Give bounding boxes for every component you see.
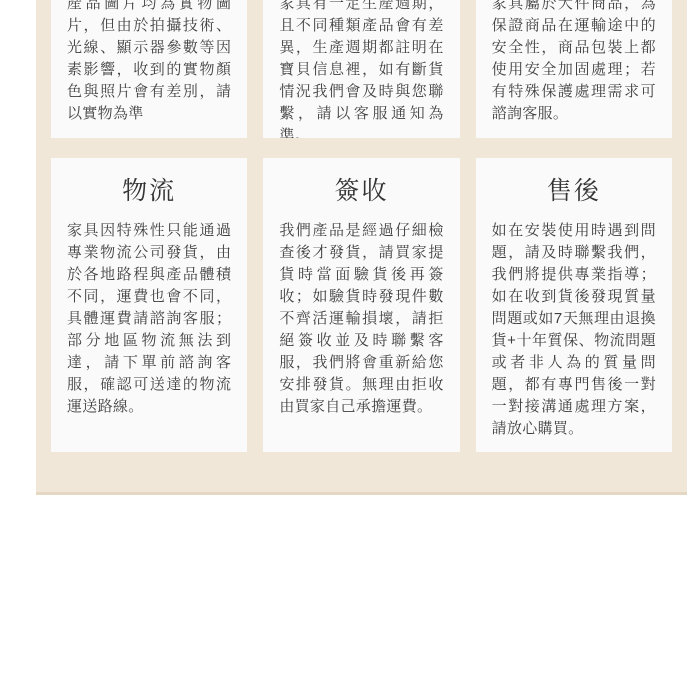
info-card-packaging-notice: 家具屬於大件商品，為保證商品在運輸途中的安全性，商品包裝上都使用安全加固處理；若… (476, 0, 672, 138)
info-card-product-image-notice: 產品圖片均為實物圖片，但由於拍攝技術、光線、顯示器參數等因素影響，收到的實物顏色… (51, 0, 247, 138)
service-info-panel: 產品圖片均為實物圖片，但由於拍攝技術、光線、顯示器參數等因素影響，收到的實物顏色… (36, 0, 687, 495)
info-card-delivery-acceptance: 簽收 我們產品是經過仔細檢查後才發貨，請買家提貨時當面驗貨後再簽收；如驗貨時發現… (263, 158, 459, 452)
card-title: 物流 (51, 174, 247, 208)
page-bottom-whitespace (0, 495, 700, 700)
info-card-logistics: 物流 家具因特殊性只能通過專業物流公司發貨，由於各地路程與產品體積不同，運費也會… (51, 158, 247, 452)
card-body-text: 如在安裝使用時遇到問題，請及時聯繫我們，我們將提供專業指導；如在收到貨後發現質量… (476, 220, 672, 440)
product-detail-page: 產品圖片均為實物圖片，但由於拍攝技術、光線、顯示器參數等因素影響，收到的實物顏色… (0, 0, 700, 700)
card-body-text: 我們產品是經過仔細檢查後才發貨，請買家提貨時當面驗貨後再簽收；如驗貨時發現件數不… (263, 220, 459, 418)
info-card-after-sales: 售後 如在安裝使用時遇到問題，請及時聯繫我們，我們將提供專業指導；如在收到貨後發… (476, 158, 672, 452)
service-card-grid: 產品圖片均為實物圖片，但由於拍攝技術、光線、顯示器參數等因素影響，收到的實物顏色… (36, 0, 687, 452)
card-title: 售後 (476, 174, 672, 208)
card-body-text: 產品圖片均為實物圖片，但由於拍攝技術、光線、顯示器參數等因素影響，收到的實物顏色… (51, 0, 247, 125)
info-card-production-cycle-notice: 家具有一定生產週期，且不同種類產品會有差異，生產週期都註明在寶貝信息裡，如有斷貨… (263, 0, 459, 138)
card-body-text: 家具因特殊性只能通過專業物流公司發貨，由於各地路程與產品體積不同，運費也會不同，… (51, 220, 247, 418)
card-body-text: 家具有一定生產週期，且不同種類產品會有差異，生產週期都註明在寶貝信息裡，如有斷貨… (263, 0, 459, 138)
card-body-text: 家具屬於大件商品，為保證商品在運輸途中的安全性，商品包裝上都使用安全加固處理；若… (476, 0, 672, 125)
card-title: 簽收 (263, 174, 459, 208)
